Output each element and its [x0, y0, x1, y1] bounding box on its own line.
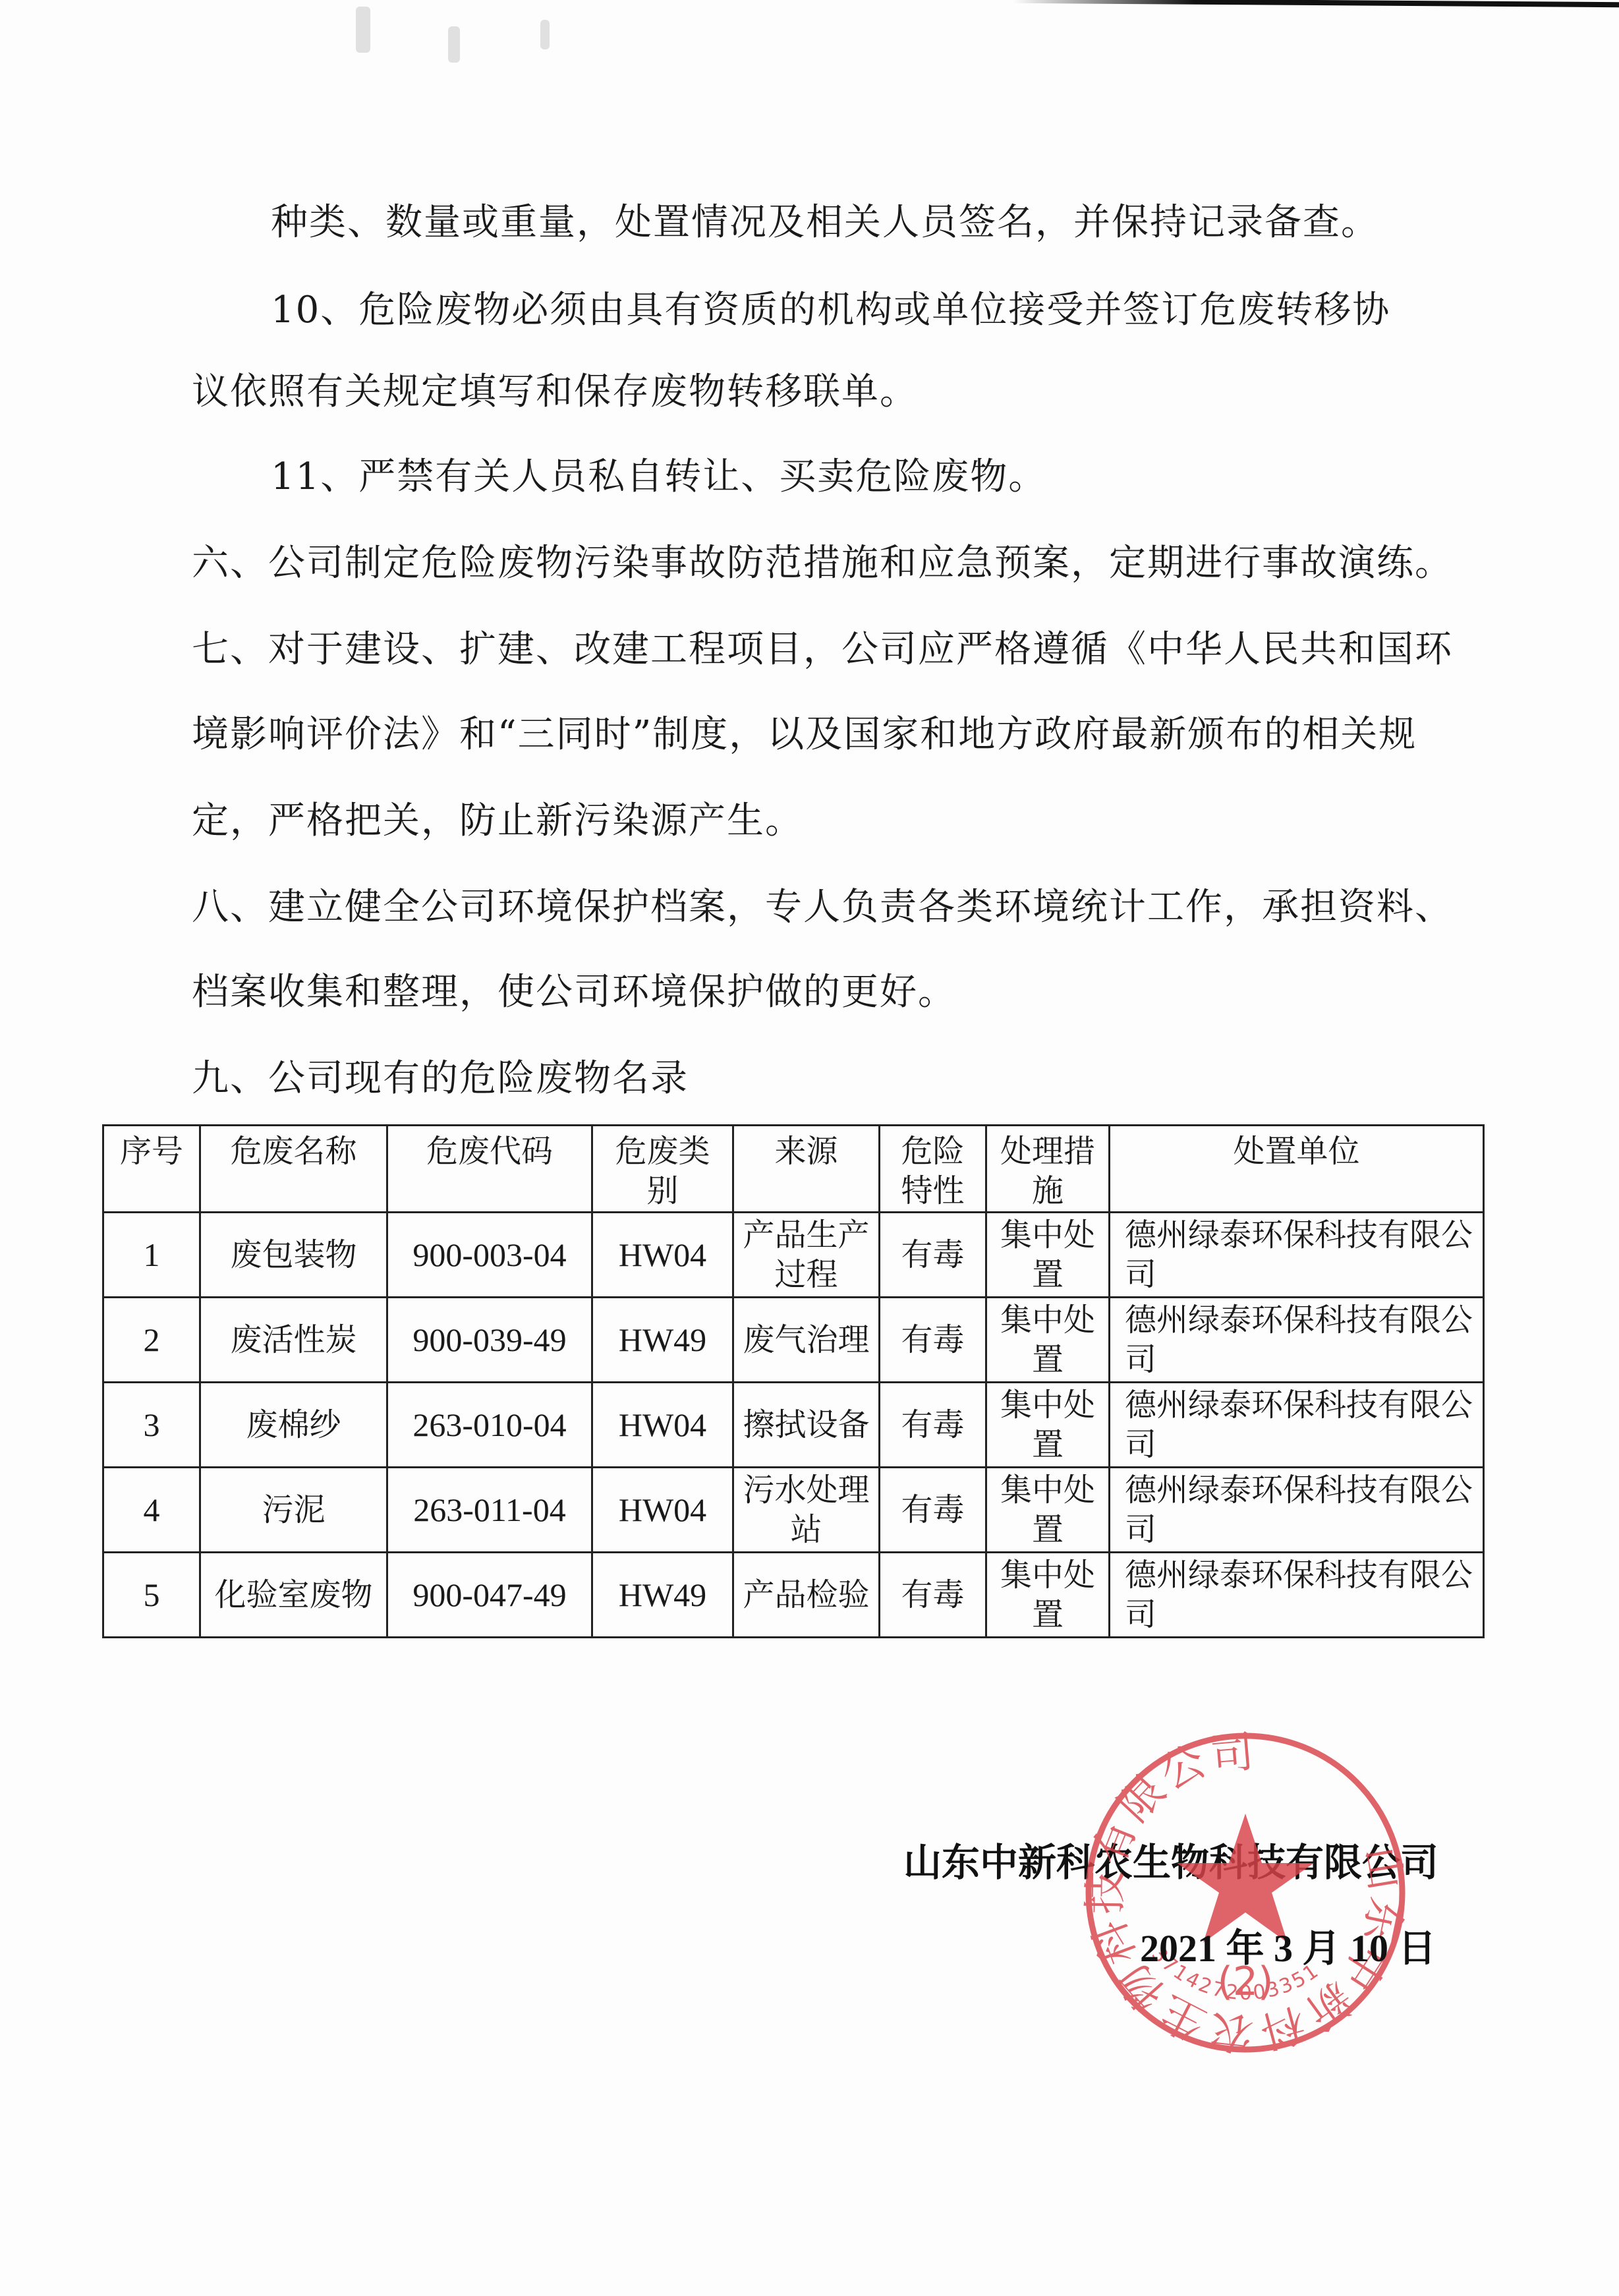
header-code: 危废代码 [387, 1126, 592, 1213]
cell-no: 3 [103, 1383, 200, 1468]
cell-name: 废棉纱 [200, 1383, 387, 1468]
cell-code: 900-039-49 [387, 1298, 592, 1383]
cell-hazard: 有毒 [880, 1383, 986, 1468]
cell-measure: 集中处置 [986, 1383, 1110, 1468]
header-measure: 处理措施 [986, 1126, 1110, 1213]
paragraph-line: 九、公司现有的危险废物名录 [192, 1058, 689, 1100]
cell-category: HW04 [592, 1468, 733, 1553]
paragraph-line: 六、公司制定危险废物污染事故防范措施和应急预案，定期进行事故演练。 [192, 542, 1453, 585]
header-name: 危废名称 [200, 1126, 387, 1213]
cell-code: 900-003-04 [387, 1213, 592, 1298]
cell-category: HW49 [592, 1298, 733, 1383]
cell-unit: 德州绿泰环保科技有限公司 [1110, 1468, 1484, 1553]
cell-category: HW04 [592, 1213, 733, 1298]
header-category: 危废类别 [592, 1126, 733, 1213]
scan-streak [448, 26, 460, 63]
table-row: 5化验室废物900-047-49HW49产品检验有毒集中处置德州绿泰环保科技有限… [103, 1553, 1484, 1638]
cell-code: 263-011-04 [387, 1468, 592, 1553]
table-row: 3废棉纱263-010-04HW04擦拭设备有毒集中处置德州绿泰环保科技有限公司 [103, 1383, 1484, 1468]
cell-unit: 德州绿泰环保科技有限公司 [1110, 1553, 1484, 1638]
cell-name: 废包装物 [200, 1213, 387, 1298]
paragraph-line: 10、危险废物必须由具有资质的机构或单位接受并签订危废转移协 [271, 289, 1390, 331]
cell-unit: 德州绿泰环保科技有限公司 [1110, 1383, 1484, 1468]
paragraph-line: 定，严格把关，防止新污染源产生。 [192, 800, 803, 842]
cell-source: 擦拭设备 [733, 1383, 880, 1468]
paragraph-line: 档案收集和整理，使公司环境保护做的更好。 [192, 971, 956, 1014]
cell-measure: 集中处置 [986, 1553, 1110, 1638]
cell-name: 化验室废物 [200, 1553, 387, 1638]
scan-streak [540, 20, 550, 49]
star-icon [1177, 1814, 1314, 1943]
company-seal: 山东中新科农生物科技有限公司 (2) 3714272003351 [1081, 1728, 1410, 2057]
table-header-row: 序号 危废名称 危废代码 危废类别 来源 危险特性 处理措施 处置单位 [103, 1126, 1484, 1213]
paragraph-line: 八、建立健全公司环境保护档案，专人负责各类环境统计工作，承担资料、 [192, 886, 1453, 929]
cell-category: HW04 [592, 1383, 733, 1468]
header-source: 来源 [733, 1126, 880, 1213]
cell-measure: 集中处置 [986, 1213, 1110, 1298]
cell-hazard: 有毒 [880, 1213, 986, 1298]
header-no: 序号 [103, 1126, 200, 1213]
cell-hazard: 有毒 [880, 1553, 986, 1638]
paragraph-line: 议依照有关规定填写和保存废物转移联单。 [192, 371, 918, 413]
cell-source: 废气治理 [733, 1298, 880, 1383]
scan-shadow [1013, 0, 1619, 7]
cell-no: 4 [103, 1468, 200, 1553]
cell-name: 污泥 [200, 1468, 387, 1553]
cell-source: 产品生产过程 [733, 1213, 880, 1298]
paragraph-line: 种类、数量或重量，处置情况及相关人员签名，并保持记录备查。 [271, 202, 1379, 244]
cell-no: 5 [103, 1553, 200, 1638]
cell-hazard: 有毒 [880, 1298, 986, 1383]
table-row: 4污泥263-011-04HW04污水处理站有毒集中处置德州绿泰环保科技有限公司 [103, 1468, 1484, 1553]
header-hazard: 危险特性 [880, 1126, 986, 1213]
header-unit: 处置单位 [1110, 1126, 1484, 1213]
scan-streak [356, 7, 370, 53]
cell-no: 1 [103, 1213, 200, 1298]
cell-measure: 集中处置 [986, 1468, 1110, 1553]
cell-source: 产品检验 [733, 1553, 880, 1638]
table-row: 2废活性炭900-039-49HW49废气治理有毒集中处置德州绿泰环保科技有限公… [103, 1298, 1484, 1383]
cell-code: 263-010-04 [387, 1383, 592, 1468]
cell-hazard: 有毒 [880, 1468, 986, 1553]
table-row: 1废包装物900-003-04HW04产品生产过程有毒集中处置德州绿泰环保科技有… [103, 1213, 1484, 1298]
cell-code: 900-047-49 [387, 1553, 592, 1638]
paragraph-line: 11、严禁有关人员私自转让、买卖危险废物。 [271, 456, 1046, 498]
cell-unit: 德州绿泰环保科技有限公司 [1110, 1298, 1484, 1383]
cell-measure: 集中处置 [986, 1298, 1110, 1383]
cell-category: HW49 [592, 1553, 733, 1638]
paragraph-line: 七、对于建设、扩建、改建工程项目，公司应严格遵循《中华人民共和国环 [192, 629, 1453, 671]
paragraph-line: 境影响评价法》和“三同时”制度，以及国家和地方政府最新颁布的相关规 [192, 714, 1417, 756]
cell-source: 污水处理站 [733, 1468, 880, 1553]
hazardous-waste-table: 序号 危废名称 危废代码 危废类别 来源 危险特性 处理措施 处置单位 1废包装… [102, 1124, 1485, 1638]
cell-name: 废活性炭 [200, 1298, 387, 1383]
cell-no: 2 [103, 1298, 200, 1383]
cell-unit: 德州绿泰环保科技有限公司 [1110, 1213, 1484, 1298]
signature-date: 2021 年 3 月 10 日 [1140, 1928, 1436, 1970]
